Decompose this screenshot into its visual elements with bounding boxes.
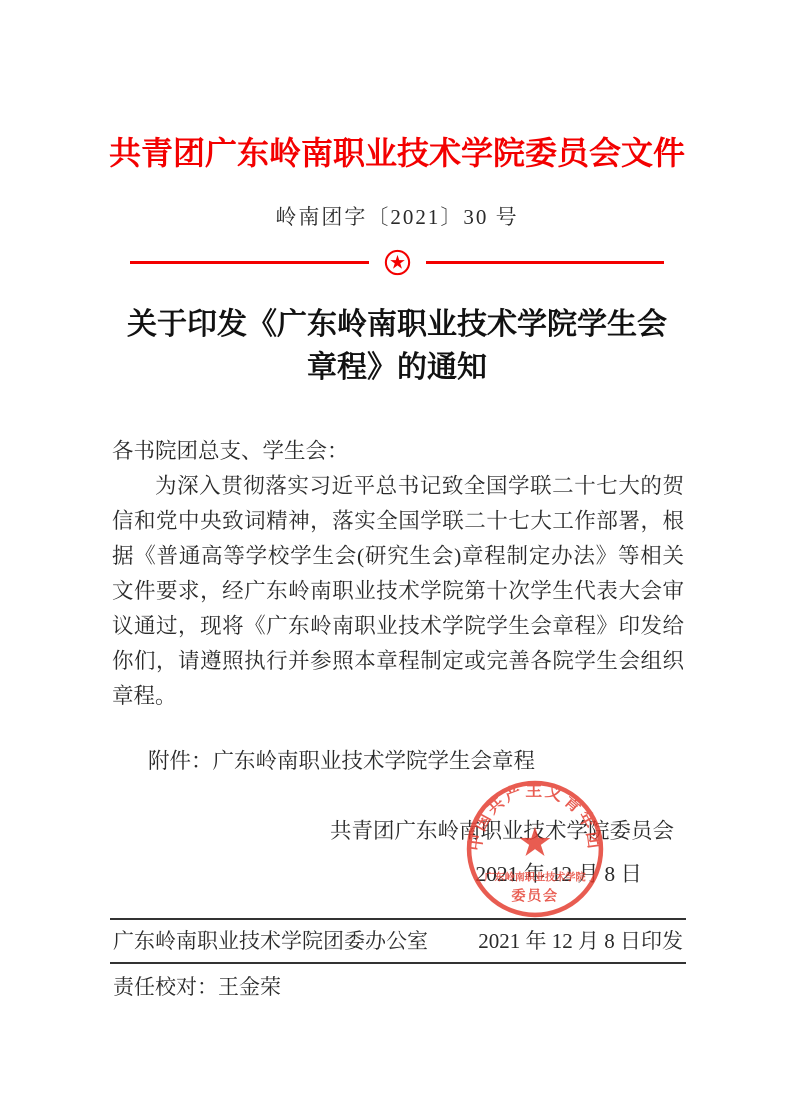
divider-line-left <box>130 261 369 264</box>
star-emblem-icon <box>384 249 411 276</box>
seal-committee-text: 委员会 <box>511 888 558 905</box>
document-page: 共青团广东岭南职业技术学院委员会文件 岭南团字〔2021〕30 号 关于印发《广… <box>0 0 794 1108</box>
seal-ring <box>469 783 601 915</box>
doc-title-line-2: 章程》的通知 <box>0 346 794 389</box>
footer-row-print: 广东岭南职业技术学院团委办公室 2021 年 12 月 8 日印发 <box>110 918 686 964</box>
main-paragraph: 为深入贯彻落实习近平总书记致全国学联二十七大的贺信和党中央致词精神，落实全国学联… <box>112 469 684 714</box>
org-title: 共青团广东岭南职业技术学院委员会文件 <box>0 128 794 174</box>
red-divider <box>130 248 664 276</box>
attachment-line: 附件：广东岭南职业技术学院学生会章程 <box>112 744 684 775</box>
footer: 广东岭南职业技术学院团委办公室 2021 年 12 月 8 日印发 责任校对：王… <box>110 918 686 1001</box>
doc-number: 岭南团字〔2021〕30 号 <box>0 201 794 231</box>
official-seal: 中国共产主义青年团 广东岭南职业技术学院 委员会 <box>464 778 606 920</box>
doc-title: 关于印发《广东岭南职业技术学院学生会 章程》的通知 <box>0 303 794 389</box>
doc-title-line-1: 关于印发《广东岭南职业技术学院学生会 <box>0 303 794 346</box>
footer-proofreader: 责任校对：王金荣 <box>110 964 686 1001</box>
divider-line-right <box>426 261 665 264</box>
footer-office: 广东岭南职业技术学院团委办公室 <box>113 925 428 955</box>
body-text: 各书院团总支、学生会： 为深入贯彻落实习近平总书记致全国学联二十七大的贺信和党中… <box>112 434 684 714</box>
salutation: 各书院团总支、学生会： <box>112 434 684 469</box>
footer-print-date: 2021 年 12 月 8 日印发 <box>478 925 683 955</box>
signature-date: 2021 年 12 月 8 日 <box>475 857 642 888</box>
signature-org: 共青团广东岭南职业技术学院委员会 <box>330 814 674 845</box>
